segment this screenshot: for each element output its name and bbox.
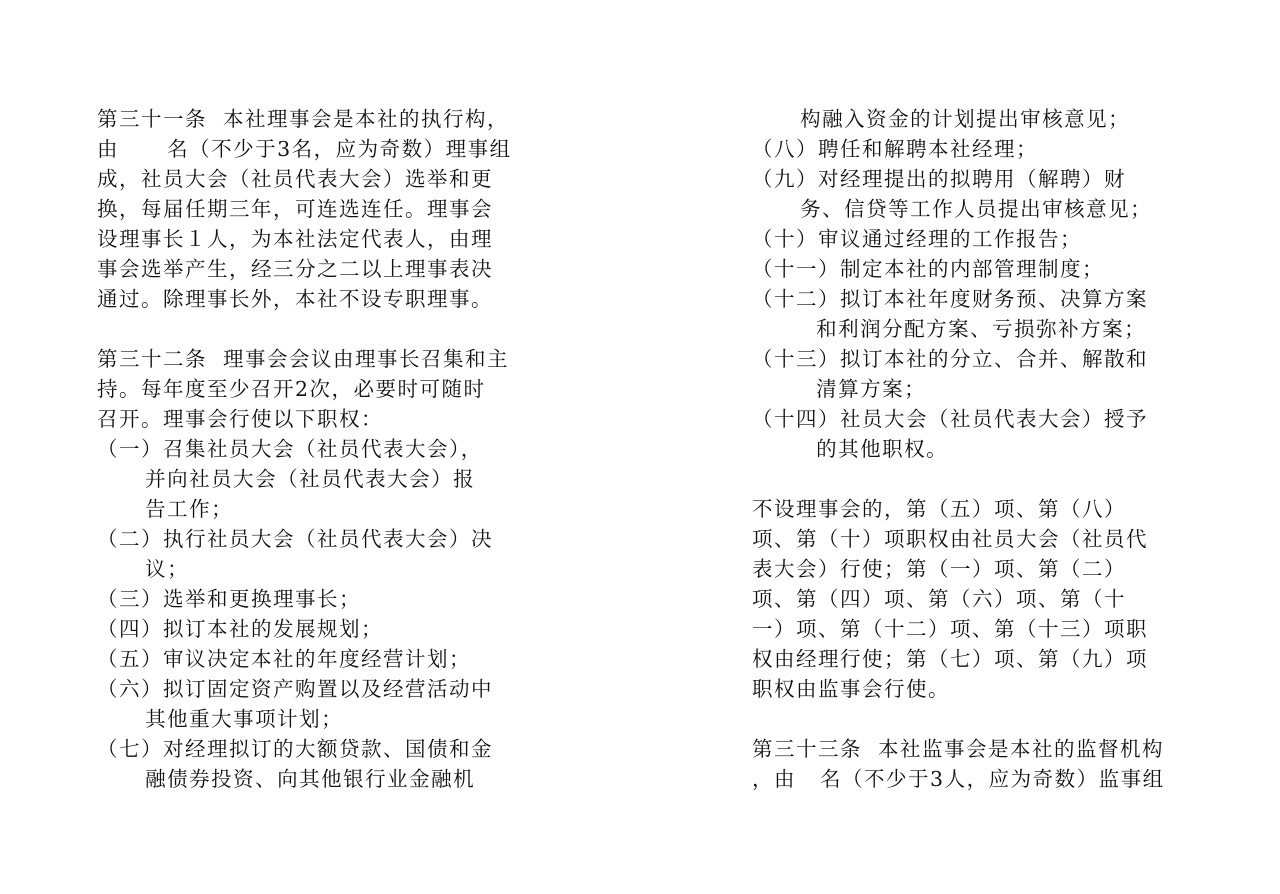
- paragraph-gap: [752, 704, 1182, 734]
- text-line: 成，社员大会（社员代表大会）选举和更: [97, 164, 527, 194]
- text-line: 第三十一条 本社理事会是本社的执行构，: [97, 104, 527, 134]
- text-line: （八）聘任和解聘本社经理；: [752, 134, 1182, 164]
- text-line: （十四）社员大会（社员代表大会）授予: [752, 404, 1182, 434]
- left-column: 第三十一条 本社理事会是本社的执行构， 由 名（不少于3名，应为奇数）理事组 成…: [97, 104, 527, 794]
- article-33: 第三十三条 本社监事会是本社的监督机构 ，由 名（不少于3人，应为奇数）监事组: [752, 734, 1182, 794]
- article-31: 第三十一条 本社理事会是本社的执行构， 由 名（不少于3名，应为奇数）理事组 成…: [97, 104, 527, 314]
- text-line: 权由经理行使；第（七）项、第（九）项: [752, 644, 1182, 674]
- text-line: 召开。理事会行使以下职权：: [97, 404, 527, 434]
- paragraph-gap: [97, 314, 527, 344]
- text-line: （五）审议决定本社的年度经营计划；: [97, 644, 527, 674]
- text-line: （六）拟订固定资产购置以及经营活动中: [97, 674, 527, 704]
- text-line: 第三十三条 本社监事会是本社的监督机构: [752, 734, 1182, 764]
- text-line: 项、第（十）项职权由社员大会（社员代: [752, 524, 1182, 554]
- article-32: 第三十二条 理事会会议由理事长召集和主 持。每年度至少召开2次，必要时可随时 召…: [97, 344, 527, 794]
- no-board-clause: 不设理事会的，第（五）项、第（八） 项、第（十）项职权由社员大会（社员代 表大会…: [752, 494, 1182, 704]
- text-line: 职权由监事会行使。: [752, 674, 1182, 704]
- text-line: 和利润分配方案、亏损弥补方案；: [752, 314, 1182, 344]
- text-line: 议；: [97, 554, 527, 584]
- text-line: 一）项、第（十二）项、第（十三）项职: [752, 614, 1182, 644]
- text-line: （十）审议通过经理的工作报告；: [752, 224, 1182, 254]
- right-column: 构融入资金的计划提出审核意见； （八）聘任和解聘本社经理； （九）对经理提出的拟…: [752, 104, 1182, 794]
- text-line: 换，每届任期三年，可连选连任。理事会: [97, 194, 527, 224]
- text-line: 的其他职权。: [752, 434, 1182, 464]
- text-line: 不设理事会的，第（五）项、第（八）: [752, 494, 1182, 524]
- text-line: （十三）拟订本社的分立、合并、解散和: [752, 344, 1182, 374]
- text-line: （十一）制定本社的内部管理制度；: [752, 254, 1182, 284]
- text-line: （三）选举和更换理事长；: [97, 584, 527, 614]
- text-line: （一）召集社员大会（社员代表大会），: [97, 434, 527, 464]
- text-line: 融债券投资、向其他银行业金融机: [97, 764, 527, 794]
- text-line: 清算方案；: [752, 374, 1182, 404]
- text-line: 第三十二条 理事会会议由理事长召集和主: [97, 344, 527, 374]
- powers-continued: 构融入资金的计划提出审核意见； （八）聘任和解聘本社经理； （九）对经理提出的拟…: [752, 104, 1182, 464]
- text-line: 表大会）行使；第（一）项、第（二）: [752, 554, 1182, 584]
- text-line: （二）执行社员大会（社员代表大会）决: [97, 524, 527, 554]
- text-line: 其他重大事项计划；: [97, 704, 527, 734]
- text-line: 务、信贷等工作人员提出审核意见；: [752, 194, 1182, 224]
- text-line: （四）拟订本社的发展规划；: [97, 614, 527, 644]
- text-line: ，由 名（不少于3人，应为奇数）监事组: [752, 764, 1182, 794]
- text-line: （九）对经理提出的拟聘用（解聘）财: [752, 164, 1182, 194]
- text-line: 持。每年度至少召开2次，必要时可随时: [97, 374, 527, 404]
- text-line: （十二）拟订本社年度财务预、决算方案: [752, 284, 1182, 314]
- paragraph-gap: [752, 464, 1182, 494]
- text-line: 并向社员大会（社员代表大会）报: [97, 464, 527, 494]
- text-line: 通过。除理事长外，本社不设专职理事。: [97, 284, 527, 314]
- text-line: 设理事长１人，为本社法定代表人，由理: [97, 224, 527, 254]
- text-line: （七）对经理拟订的大额贷款、国债和金: [97, 734, 527, 764]
- text-line: 由 名（不少于3名，应为奇数）理事组: [97, 134, 527, 164]
- text-line: 构融入资金的计划提出审核意见；: [752, 104, 1182, 134]
- text-line: 事会选举产生，经三分之二以上理事表决: [97, 254, 527, 284]
- text-line: 告工作；: [97, 494, 527, 524]
- text-line: 项、第（四）项、第（六）项、第（十: [752, 584, 1182, 614]
